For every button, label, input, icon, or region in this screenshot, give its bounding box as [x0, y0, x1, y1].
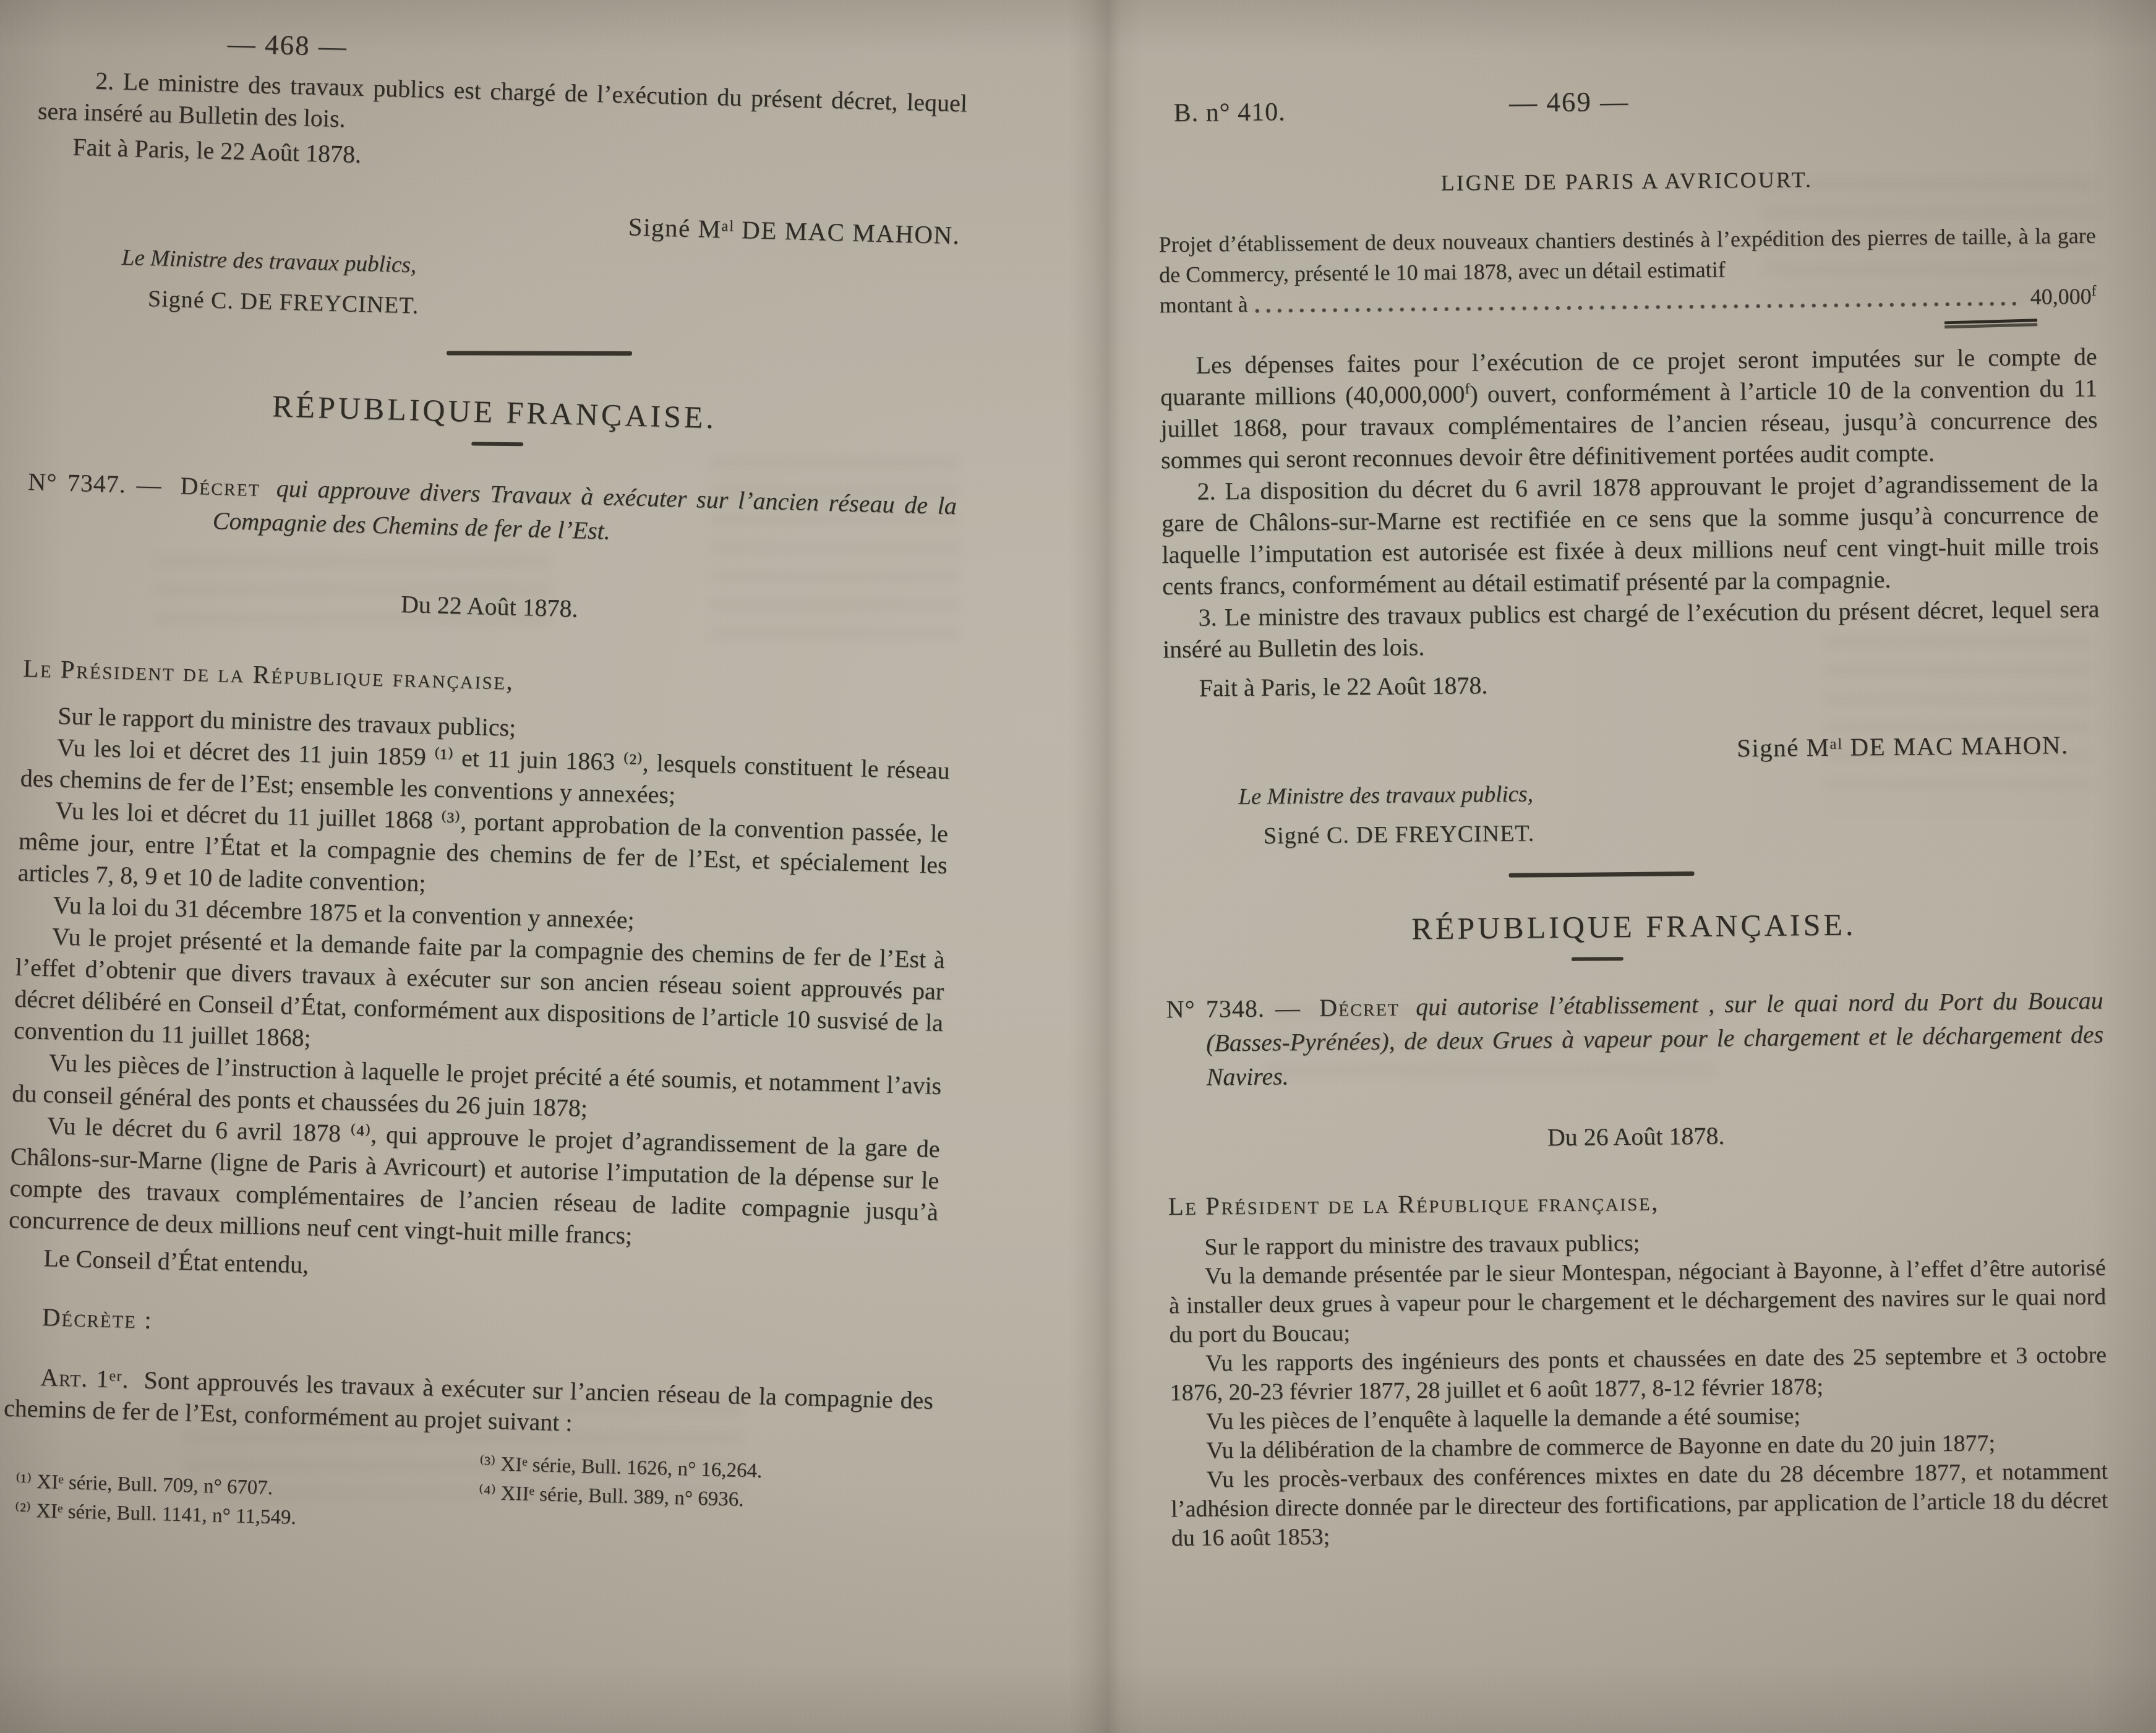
paragraph: Vu les rapports des ingénieurs des ponts…: [1170, 1341, 2107, 1408]
page-left-content: — 468 — 2. Le ministre des travaux publi…: [1, 0, 970, 1549]
dotted-leader: [1254, 301, 2022, 314]
amount-number: 40,000: [2030, 284, 2091, 309]
paragraph: Vu le projet présenté et la demande fait…: [13, 920, 945, 1070]
article-1-label: Art. 1ᵉʳ.: [40, 1363, 129, 1393]
franc-sign: f: [2091, 283, 2096, 299]
decree-label: Décret: [180, 472, 261, 502]
decree-date-line: Du 26 Août 1878.: [1167, 1118, 2104, 1156]
page-right-content: B. n° 410. — 469 — LIGNE DE PARIS A AVRI…: [1157, 0, 2108, 1553]
book-spread: — 468 — 2. Le ministre des travaux publi…: [0, 0, 2156, 1733]
amount-label: montant à: [1159, 289, 1247, 320]
paragraph: Vu les procès-verbaux des conférences mi…: [1171, 1457, 2108, 1554]
heading-underline-rule: [471, 442, 523, 447]
paragraph-ministre: 3. Le ministre des travaux publics est c…: [1162, 593, 2100, 665]
paragraph-disposition: 2. La disposition du décret du 6 avril 1…: [1161, 467, 2099, 602]
decree-label: Décret: [1319, 993, 1400, 1022]
paragraph: Vu la demande présentée par le sieur Mon…: [1169, 1254, 2107, 1350]
article-1-text: Sont approuvés les travaux à exécuter su…: [4, 1366, 934, 1436]
page-left: — 468 — 2. Le ministre des travaux publi…: [0, 0, 1101, 1733]
signature-president: Signé Mᵃˡ DE MAC MAHON.: [1163, 730, 2100, 769]
signature-president: Signé Mᵃˡ DE MAC MAHON.: [35, 196, 964, 250]
republique-heading: RÉPUBLIQUE FRANÇAISE.: [1165, 904, 2102, 949]
section-divider-rule: [1508, 871, 1694, 878]
footnotes-block: ⁽¹⁾ XIᵉ série, Bull. 709, n° 6707. ⁽²⁾ X…: [1, 1467, 931, 1549]
projet-summary-text: Projet d’établissement de deux nouveaux …: [1159, 221, 2097, 291]
minister-title-line: Le Ministre des travaux publics,: [1164, 776, 2101, 811]
page-header-row: B. n° 410. — 469 —: [1157, 81, 2095, 127]
decrete-line: Décrète :: [6, 1301, 935, 1355]
footnotes-column-2: ⁽³⁾ XIᵉ série, Bull. 1626, n° 16,264. ⁽⁴…: [467, 1449, 931, 1520]
decree-7348-heading: N° 7348. — Décret qui autorise l’établis…: [1166, 983, 2104, 1095]
decree-date-line: Du 22 Août 1878.: [25, 580, 954, 633]
article-1-paragraph: Art. 1ᵉʳ. Sont approuvés les travaux à e…: [3, 1361, 933, 1448]
page-right: B. n° 410. — 469 — LIGNE DE PARIS A AVRI…: [1106, 0, 2156, 1733]
decree-number: N° 7347. —: [28, 468, 163, 499]
paragraph-depenses: Les dépenses faites pour l’exécution de …: [1160, 341, 2098, 476]
republique-heading: RÉPUBLIQUE FRANÇAISE.: [30, 382, 959, 442]
fait-a-paris-line: Fait à Paris, le 22 Août 1878.: [1163, 664, 2100, 704]
president-line: Le Président de la République française,: [23, 653, 952, 707]
decree-title: qui approuve divers Travaux à exécuter s…: [212, 474, 957, 545]
paragraph: Vu le décret du 6 avril 1878 ⁽⁴⁾, qui ap…: [8, 1109, 940, 1259]
signature-minister: Signé C. DE FREYCINET.: [33, 282, 962, 333]
ligne-heading: LIGNE DE PARIS A AVRICOURT.: [1158, 164, 2095, 199]
decree-number: N° 7348. —: [1166, 994, 1301, 1023]
page-number-right: — 469 —: [1100, 82, 2037, 123]
president-line: Le Président de la République française,: [1168, 1183, 2105, 1222]
signature-minister: Signé C. DE FREYCINET.: [1165, 815, 2102, 851]
footnotes-column-1: ⁽¹⁾ XIᵉ série, Bull. 709, n° 6707. ⁽²⁾ X…: [1, 1467, 468, 1538]
amount-total-rule: [1944, 319, 2037, 324]
amount-value: 40,000f: [2030, 281, 2096, 312]
decree-7347-heading: N° 7347. — Décret qui approuve divers Tr…: [27, 464, 957, 557]
heading-underline-rule: [1571, 957, 1623, 961]
section-divider-rule: [447, 351, 632, 356]
